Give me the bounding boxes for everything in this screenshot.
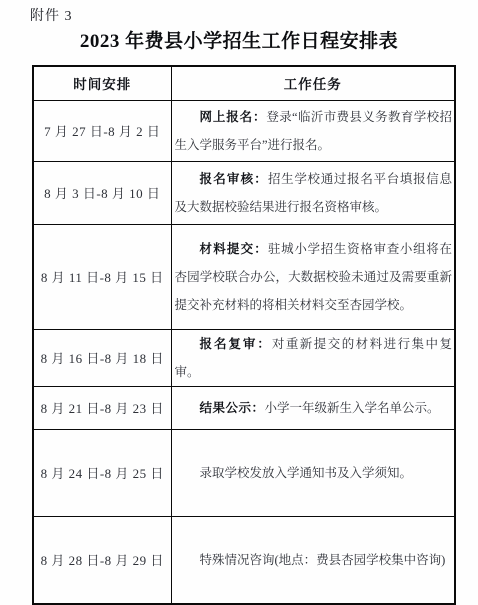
time-cell: 8 月 16 日-8 月 18 日 — [33, 329, 171, 386]
time-cell: 8 月 11 日-8 月 15 日 — [33, 224, 171, 329]
task-cell: 结果公示：小学一年级新生入学名单公示。 — [171, 386, 455, 429]
table-row: 8 月 3 日-8 月 10 日 报名审核：招生学校通过报名平台填报信息及大数据… — [33, 161, 455, 224]
task-paragraph: 报名复审：对重新提交的材料进行集中复审。 — [172, 330, 455, 386]
task-text: 录取学校发放入学通知书及入学须知。 — [200, 466, 413, 480]
task-lead: 结果公示： — [200, 401, 265, 415]
column-header-time: 时间安排 — [33, 66, 171, 100]
table-row: 8 月 21 日-8 月 23 日 结果公示：小学一年级新生入学名单公示。 — [33, 386, 455, 429]
task-cell: 报名复审：对重新提交的材料进行集中复审。 — [171, 329, 455, 386]
column-header-task: 工作任务 — [171, 66, 455, 100]
time-cell: 8 月 3 日-8 月 10 日 — [33, 161, 171, 224]
task-text: 特殊情况咨询(地点：费县杏园学校集中咨询) — [200, 553, 446, 567]
table-row: 7 月 27 日-8 月 2 日 网上报名：登录“临沂市费县义务教育学校招生入学… — [33, 100, 455, 161]
task-cell: 网上报名：登录“临沂市费县义务教育学校招生入学服务平台”进行报名。 — [171, 100, 455, 161]
task-lead: 材料提交： — [200, 242, 268, 256]
document-page: 附件 3 2023 年费县小学招生工作日程安排表 时间安排 工作任务 7 月 2… — [0, 0, 478, 605]
schedule-table: 时间安排 工作任务 7 月 27 日-8 月 2 日 网上报名：登录“临沂市费县… — [32, 65, 456, 605]
attachment-label: 附件 3 — [30, 5, 73, 25]
task-text: 小学一年级新生入学名单公示。 — [265, 401, 440, 415]
time-cell: 8 月 21 日-8 月 23 日 — [33, 386, 171, 429]
time-cell: 8 月 24 日-8 月 25 日 — [33, 429, 171, 516]
task-paragraph: 录取学校发放入学通知书及入学须知。 — [172, 459, 455, 487]
task-lead: 报名审核： — [200, 172, 268, 186]
task-paragraph: 结果公示：小学一年级新生入学名单公示。 — [172, 394, 455, 422]
task-paragraph: 特殊情况咨询(地点：费县杏园学校集中咨询) — [172, 546, 455, 574]
task-paragraph: 网上报名：登录“临沂市费县义务教育学校招生入学服务平台”进行报名。 — [172, 103, 455, 159]
task-lead: 报名复审： — [200, 337, 272, 351]
time-cell: 8 月 28 日-8 月 29 日 — [33, 516, 171, 604]
table-row: 8 月 16 日-8 月 18 日 报名复审：对重新提交的材料进行集中复审。 — [33, 329, 455, 386]
task-paragraph: 报名审核：招生学校通过报名平台填报信息及大数据校验结果进行报名资格审核。 — [172, 165, 455, 221]
task-cell: 报名审核：招生学校通过报名平台填报信息及大数据校验结果进行报名资格审核。 — [171, 161, 455, 224]
table-row: 8 月 24 日-8 月 25 日 录取学校发放入学通知书及入学须知。 — [33, 429, 455, 516]
table-row: 8 月 28 日-8 月 29 日 特殊情况咨询(地点：费县杏园学校集中咨询) — [33, 516, 455, 604]
task-lead: 网上报名： — [200, 110, 267, 124]
task-paragraph: 材料提交：驻城小学招生资格审查小组将在杏园学校联合办公，大数据校验未通过及需要重… — [172, 235, 455, 319]
task-cell: 特殊情况咨询(地点：费县杏园学校集中咨询) — [171, 516, 455, 604]
task-cell: 录取学校发放入学通知书及入学须知。 — [171, 429, 455, 516]
table-header-row: 时间安排 工作任务 — [33, 66, 455, 100]
task-cell: 材料提交：驻城小学招生资格审查小组将在杏园学校联合办公，大数据校验未通过及需要重… — [171, 224, 455, 329]
page-title: 2023 年费县小学招生工作日程安排表 — [0, 26, 478, 53]
table-row: 8 月 11 日-8 月 15 日 材料提交：驻城小学招生资格审查小组将在杏园学… — [33, 224, 455, 329]
time-cell: 7 月 27 日-8 月 2 日 — [33, 100, 171, 161]
